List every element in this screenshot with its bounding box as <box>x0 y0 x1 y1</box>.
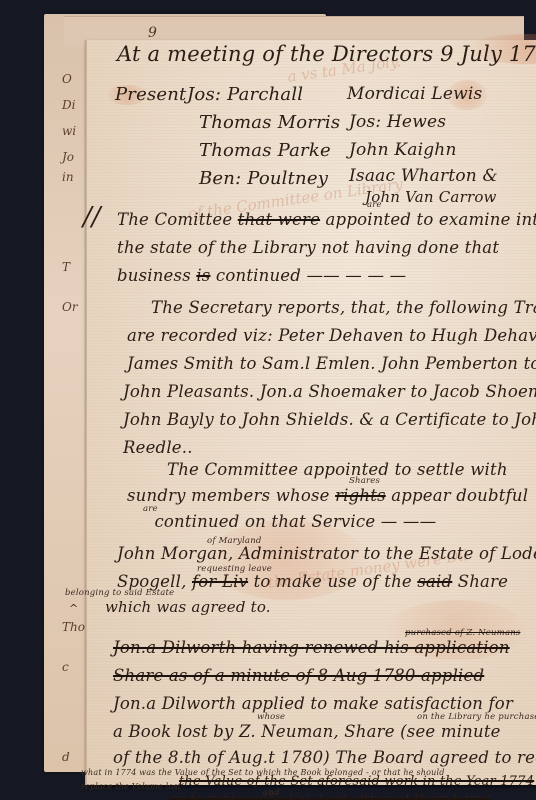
interlinear-note: whose <box>257 712 285 722</box>
back-sheet-margin-fragments: O Di wi Jo in T Or Tho c d <box>48 60 88 780</box>
director-name: Thomas Morris <box>199 112 340 133</box>
director-name: Mordicai Lewis <box>347 84 482 104</box>
interlinear-note: Shares <box>349 476 380 486</box>
minutes-line: The Secretary reports, that, the followi… <box>151 298 536 317</box>
present-label: Present <box>115 84 186 105</box>
margin-note: belonging to said Estate <box>65 588 174 598</box>
margin-fragment: in <box>62 170 74 184</box>
minutes-line: John Morgan, Administrator to the Estate… <box>117 544 536 563</box>
director-name: Thomas Parke <box>199 140 331 161</box>
director-name: Jos: Parchall <box>187 84 303 105</box>
minutes-line: continued on that Service — —— <box>127 512 436 531</box>
minutes-line: which was agreed to. <box>105 598 271 616</box>
minutes-line: sundry members whose rights appear doubt… <box>127 486 528 505</box>
margin-fragment: T <box>62 260 70 274</box>
margin-fragment: Tho <box>62 620 85 634</box>
struck-minutes-line: Share as of a minute of 8 Aug 1780 appli… <box>113 666 484 685</box>
interlinear-note: on the Library he purchased <box>417 712 536 722</box>
interlinear-note: purchased of Z. Neumans <box>405 628 520 638</box>
paragraph-mark: // <box>83 202 101 232</box>
director-name: Jos: Hewes <box>349 112 446 132</box>
minutes-line: John Bayly to John Shields. & a Certific… <box>123 410 536 429</box>
margin-fragment: Or <box>62 300 78 314</box>
margin-fragment: wi <box>62 124 76 138</box>
director-name: John Van Carrow <box>365 188 497 206</box>
minutes-line: the state of the Library not having done… <box>117 238 499 257</box>
caret-mark: ^ <box>69 602 78 615</box>
struck-minutes-line: the Value of the Set aforesaid work in t… <box>179 774 534 789</box>
margin-fragment: c <box>62 660 69 674</box>
minutes-line: replace the Volume lost <box>81 782 181 791</box>
minutes-line: The Comittee that were appointed to exam… <box>117 210 536 229</box>
minutes-line: of the 8.th of Aug.t 1780) The Board agr… <box>113 748 536 767</box>
back-page-number: 9 <box>148 25 157 41</box>
margin-fragment: O <box>62 72 72 86</box>
minutes-line: The Committee appointed to settle with <box>167 460 508 479</box>
struck-minutes-line: or to replace the Vol. Lost either of th… <box>171 792 490 800</box>
director-name: John Kaighn <box>349 140 457 160</box>
margin-fragment: Jo <box>62 150 74 164</box>
minutes-line: Reedle.. <box>123 438 193 457</box>
minutes-line: are recorded viz: Peter Dehaven to Hugh … <box>127 326 536 345</box>
minutes-line: John Pleasants. Jon.a Shoemaker to Jacob… <box>123 382 536 401</box>
minutes-heading: At a meeting of the Directors 9 July 178… <box>117 42 536 66</box>
minutes-line: James Smith to Sam.l Emlen. John Pembert… <box>127 354 536 373</box>
minutes-line: Spogell, for Liv to make use of the said… <box>117 572 508 591</box>
director-name: Ben: Poultney <box>199 168 328 189</box>
manuscript-page: a vs ta Ma Joly. of the Committee on Lib… <box>86 40 536 785</box>
interlinear-note: are <box>367 200 382 210</box>
minutes-line: Jon.a Dilworth applied to make satisfact… <box>113 694 513 713</box>
margin-fragment: Di <box>62 98 75 112</box>
director-name: Isaac Wharton & <box>349 166 498 186</box>
minutes-line: business is continued —— — — — <box>117 266 406 285</box>
margin-fragment: d <box>62 750 70 764</box>
minutes-line: a Book lost by Z. Neuman, Share (see min… <box>113 722 501 741</box>
struck-minutes-line: Jon.a Dilworth having renewed his applic… <box>113 638 510 657</box>
